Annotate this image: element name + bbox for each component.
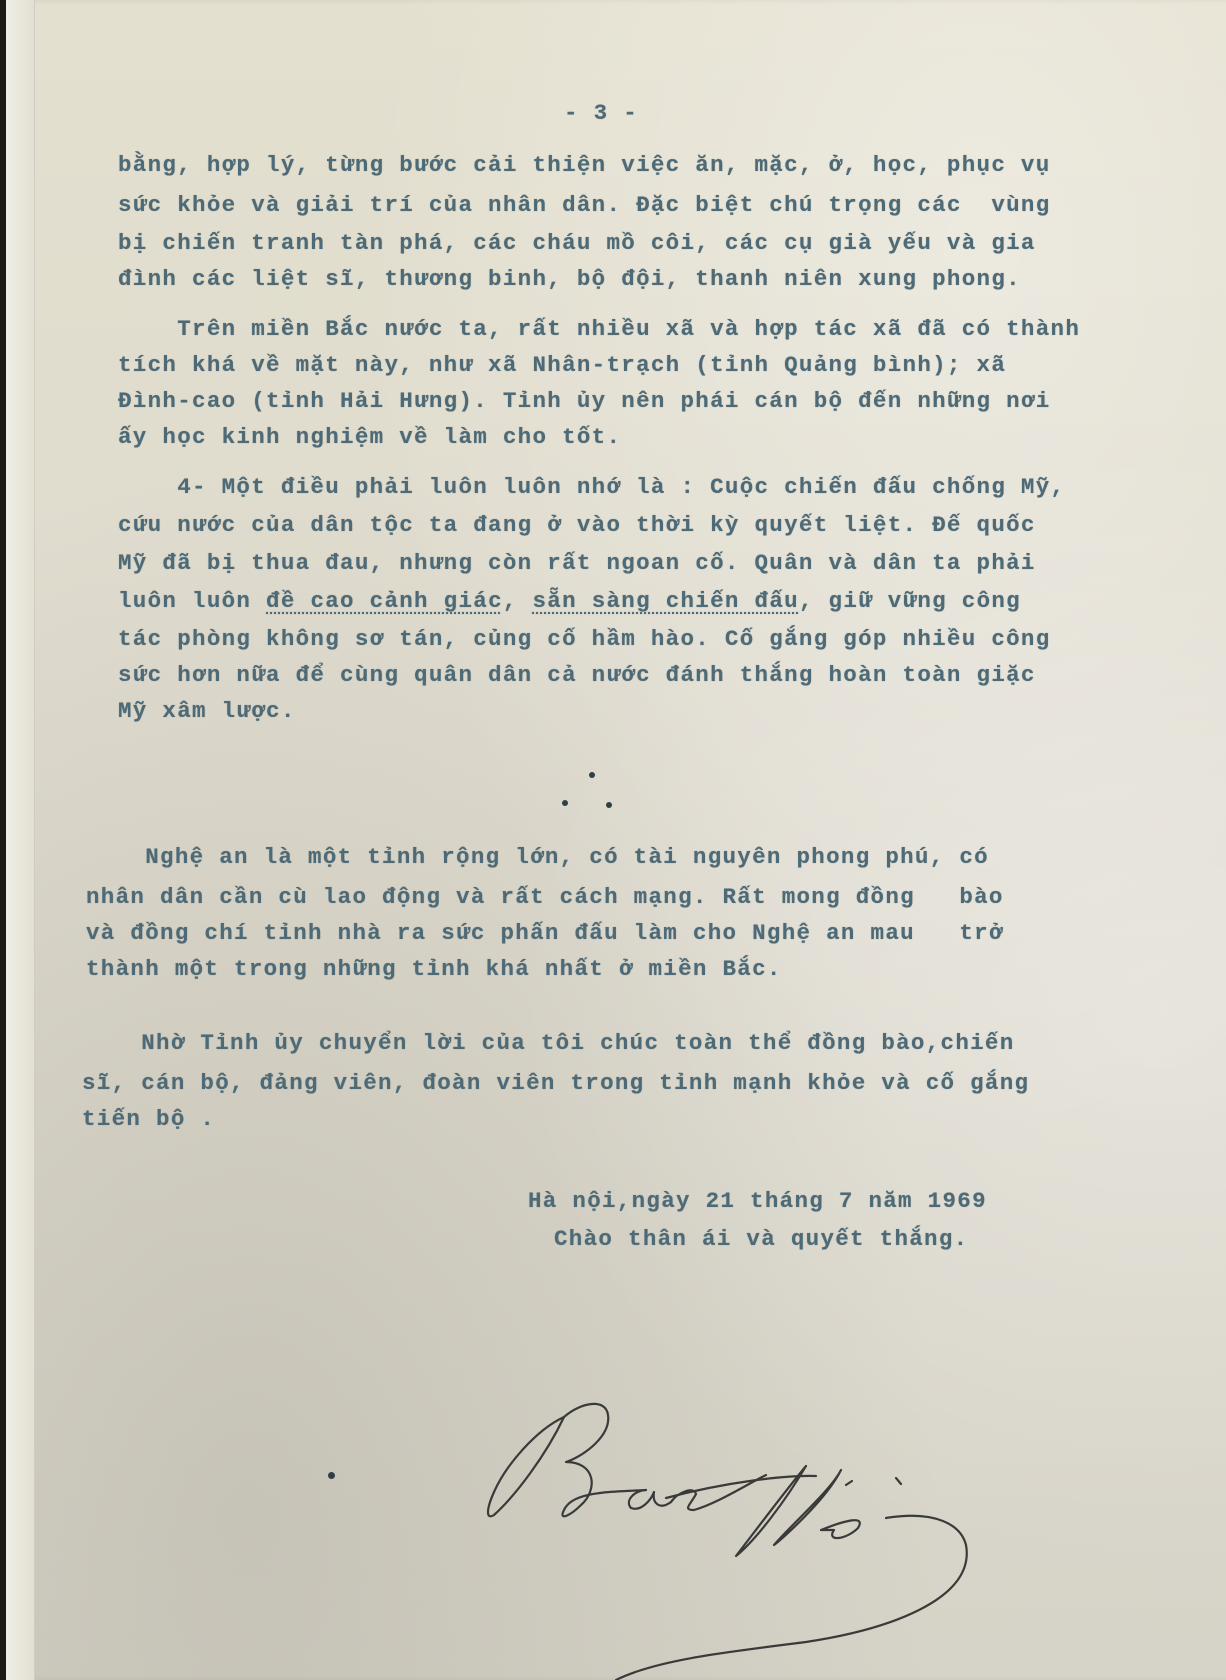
emphasis-combat-ready: sẵn sàng chiến đấu [532,588,798,614]
paragraph-line: cứu nước của dân tộc ta đang ở vào thời … [118,512,1036,538]
paragraph-line: thành một trong những tỉnh khá nhất ở mi… [86,956,782,982]
paragraph-line: tiến bộ . [82,1106,215,1132]
emphasis-vigilance: đề cao cảnh giác [266,588,503,614]
paragraph-line-underlined: luôn luôn đề cao cảnh giác, sẵn sàng chi… [118,588,1021,614]
place-date: Hà nội,ngày 21 tháng 7 năm 1969 [528,1188,987,1214]
paragraph-line: ấy học kinh nghiệm về làm cho tốt. [118,424,621,450]
separator-dot [562,800,568,806]
paragraph-line: sĩ, cán bộ, đảng viên, đoàn viên trong t… [82,1070,1029,1096]
line-suffix: , giữ vững công [799,588,1021,614]
paragraph-line: đình các liệt sĩ, thương binh, bộ đội, t… [118,266,1021,292]
paragraph-line: Mỹ đã bị thua đau, nhưng còn rất ngoan c… [118,550,1036,576]
paragraph-line: tác phòng không sơ tán, củng cố hầm hào.… [118,626,1051,652]
paragraph-line: bằng, hợp lý, từng bước cải thiện việc ă… [118,152,1051,178]
signature-bac-ho [446,1380,1106,1680]
paragraph-line: Nghệ an là một tỉnh rộng lớn, có tài ngu… [86,844,989,870]
separator: , [503,588,533,614]
line-prefix: luôn luôn [118,588,266,614]
closing-salutation: Chào thân ái và quyết thắng. [554,1226,968,1252]
paragraph-line: bị chiến tranh tàn phá, các cháu mồ côi,… [118,230,1036,256]
paragraph-line: Mỹ xâm lược. [118,698,296,724]
page-number: - 3 - [564,100,638,126]
paragraph-line: Đình-cao (tỉnh Hải Hưng). Tỉnh ủy nên ph… [118,388,1051,414]
paragraph-line: Nhờ Tỉnh ủy chuyển lời của tôi chúc toàn… [82,1030,1015,1056]
separator-dot [606,802,612,808]
separator-dot [589,772,595,778]
paragraph-line: sức hơn nữa để cùng quân dân cả nước đán… [118,662,1036,688]
scanned-letter-page: - 3 - bằng, hợp lý, từng bước cải thiện … [6,0,1226,1680]
paragraph-line: và đồng chí tỉnh nhà ra sức phấn đấu làm… [86,920,1004,946]
paragraph-line: sức khỏe và giải trí của nhân dân. Đặc b… [118,192,1051,218]
paragraph-line: Trên miền Bắc nước ta, rất nhiều xã và h… [118,316,1080,342]
paragraph-line: nhân dân cần cù lao động và rất cách mạn… [86,884,1004,910]
ink-spot [328,1472,335,1479]
paragraph-line: tích khá về mặt này, như xã Nhân-trạch (… [118,352,1006,378]
paragraph-line: 4- Một điều phải luôn luôn nhớ là : Cuộc… [118,474,1065,500]
